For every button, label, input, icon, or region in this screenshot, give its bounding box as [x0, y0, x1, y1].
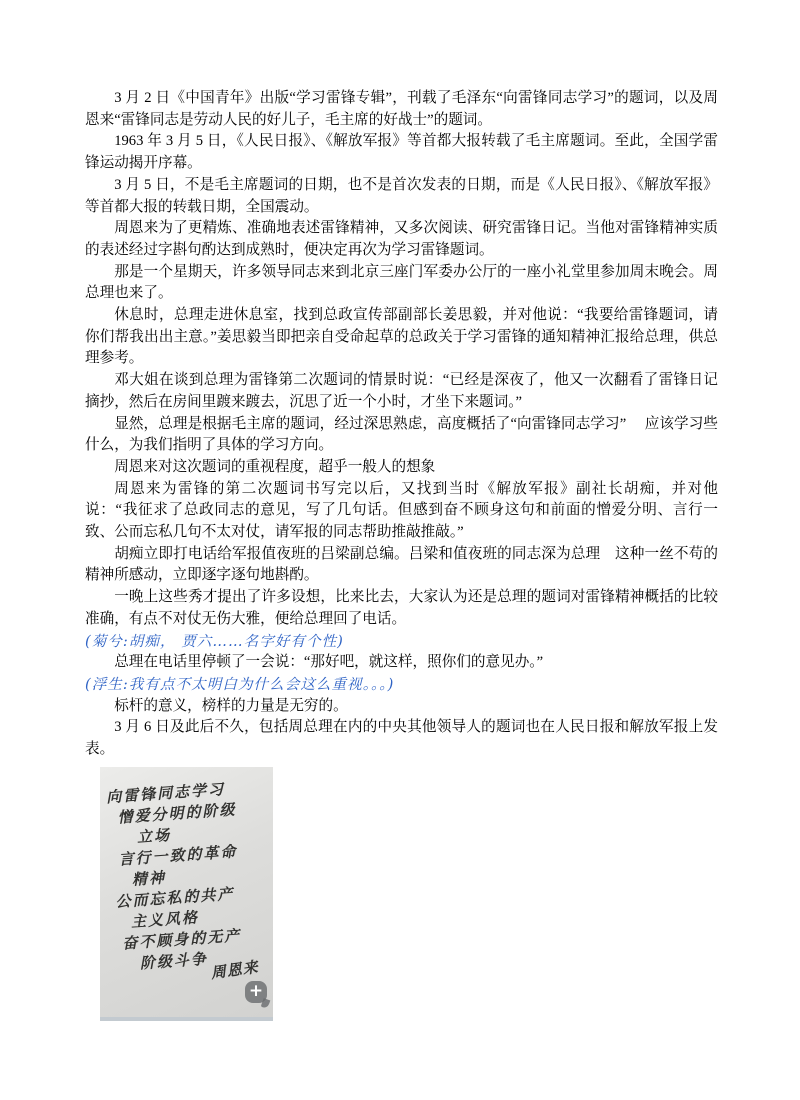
inscription-photo[interactable]: 向雷锋同志学习 憎爱分明的阶级 立场 言行一致的革命 精神 公而忘私的共产 主义… — [100, 767, 273, 1021]
paragraph: 周恩来对这次题词的重视程度，超乎一般人的想象 — [85, 457, 718, 479]
reader-annotation: (浮生:我有点不太明白为什么会这么重视。。。) — [85, 674, 718, 696]
document-page: 3 月 2 日《中国青年》出版“学习雷锋专辑”，刊载了毛泽东“向雷锋同志学习”的… — [0, 0, 800, 1100]
paragraph: 标杆的意义，榜样的力量是无穷的。 — [85, 696, 718, 718]
paragraph: 休息时，总理走进休息室，找到总政宣传部副部长姜思毅，并对他说：“我要给雷锋题词，… — [85, 305, 718, 370]
paragraph: 3 月 2 日《中国青年》出版“学习雷锋专辑”，刊载了毛泽东“向雷锋同志学习”的… — [85, 88, 718, 131]
paragraph: 一晚上这些秀才提出了许多设想，比来比去，大家认为还是总理的题词对雷锋精神概括的比… — [85, 587, 718, 630]
paragraph: 3 月 5 日，不是毛主席题词的日期，也不是首次发表的日期，而是《人民日报》、《… — [85, 175, 718, 218]
paragraph: 显然，总理是根据毛主席的题词，经过深思熟虑，高度概括了“向雷锋同志学习” 应该学… — [85, 414, 718, 457]
paragraph: 3 月 6 日及此后不久，包括周总理在内的中央其他领导人的题词也在人民日报和解放… — [85, 717, 718, 760]
document-body: 3 月 2 日《中国青年》出版“学习雷锋专辑”，刊载了毛泽东“向雷锋同志学习”的… — [85, 88, 718, 1021]
paragraph: 周恩来为雷锋的第二次题词书写完以后，又找到当时《解放军报》副社长胡痴，并对他说：… — [85, 479, 718, 544]
zoom-in-icon[interactable]: + — [245, 981, 267, 1003]
paragraph: 总理在电话里停顿了一会说：“那好吧，就这样，照你们的意见办。” — [85, 652, 718, 674]
calligraphy-text: 向雷锋同志学习 憎爱分明的阶级 立场 言行一致的革命 精神 公而忘私的共产 主义… — [100, 777, 272, 977]
reader-annotation: (菊兮:胡痴， 贾六……名字好有个性) — [85, 631, 718, 653]
paragraph: 那是一个星期天，许多领导同志来到北京三座门军委办公厅的一座小礼堂里参加周末晚会。… — [85, 262, 718, 305]
paragraph: 邓大姐在谈到总理为雷锋第二次题词的情景时说：“已经是深夜了，他又一次翻看了雷锋日… — [85, 370, 718, 413]
paragraph: 1963 年 3 月 5 日，《人民日报》、《解放军报》等首都大报转载了毛主席题… — [85, 131, 718, 174]
paragraph: 胡痴立即打电话给军报值夜班的吕梁副总编。吕梁和值夜班的同志深为总理 这种一丝不苟… — [85, 544, 718, 587]
paragraph: 周恩来为了更精炼、准确地表述雷锋精神，又多次阅读、研究雷锋日记。当他对雷锋精神实… — [85, 218, 718, 261]
